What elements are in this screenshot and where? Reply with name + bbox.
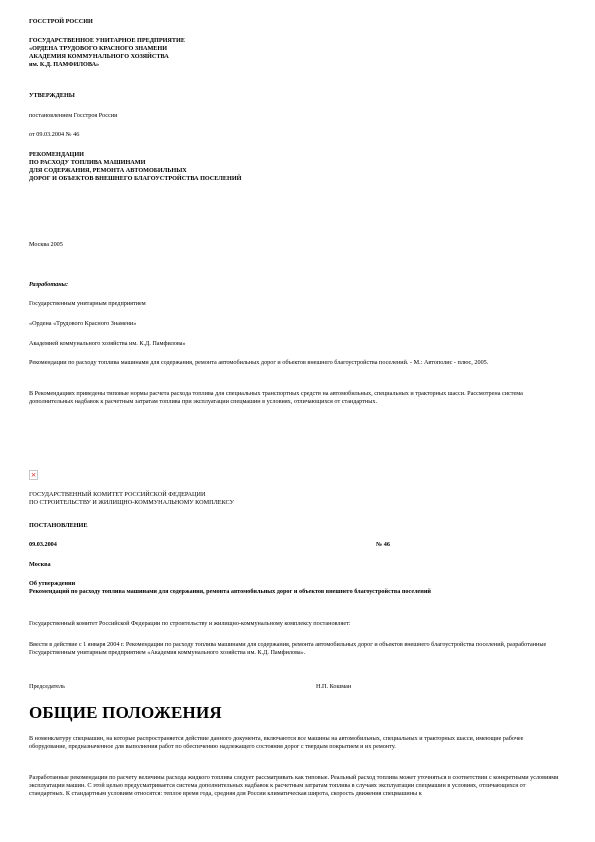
section-paragraph: В номенклатуру спецмашин, на которые рас… — [29, 735, 559, 751]
org-line: АКАДЕМИЯ КОММУНАЛЬНОГО ХОЗЯЙСТВА — [29, 53, 169, 61]
resolution-date: 09.03.2004 — [29, 541, 57, 549]
title-line: ДЛЯ СОДЕРЖАНИЯ, РЕМОНТА АВТОМОБИЛЬНЫХ — [29, 167, 187, 175]
committee-line: ГОСУДАРСТВЕННЫЙ КОМИТЕТ РОССИЙСКОЙ ФЕДЕР… — [29, 491, 205, 499]
approved-label: УТВЕРЖДЕНЫ — [29, 92, 75, 100]
org-line: «ОРДЕНА ТРУДОВОГО КРАСНОГО ЗНАМЕНИ — [29, 45, 167, 53]
citation: Рекомендации по расходу топлива машинами… — [29, 359, 559, 367]
broken-image-icon: × — [29, 470, 38, 480]
agency-name: ГОССТРОЙ РОССИИ — [29, 18, 93, 26]
resolution-city: Москва — [29, 561, 51, 569]
section-title: ОБЩИЕ ПОЛОЖЕНИЯ — [29, 703, 222, 723]
doc-type: ПОСТАНОВЛЕНИЕ — [29, 522, 87, 530]
preamble: Государственный комитет Российской Федер… — [29, 620, 559, 628]
org-line: ГОСУДАРСТВЕННОЕ УНИТАРНОЕ ПРЕДПРИЯТИЕ — [29, 37, 185, 45]
subject-text: Рекомендаций по расходу топлива машинами… — [29, 588, 559, 596]
place-year: Москва 2005 — [29, 241, 63, 249]
org-line: им. К.Д. ПАМФИЛОВА» — [29, 61, 99, 69]
title-line: РЕКОМЕНДАЦИИ — [29, 151, 84, 159]
signer-title: Председатель — [29, 683, 65, 691]
developers-line: Государственным унитарным предприятием — [29, 300, 146, 308]
section-paragraph: Разработанные рекомендации по расчету ве… — [29, 774, 559, 799]
signer-name: Н.П. Кошман — [316, 683, 351, 691]
title-line: ДОРОГ И ОБЪЕКТОВ ВНЕШНЕГО БЛАГОУСТРОЙСТВ… — [29, 175, 241, 183]
developers-line: Академией коммунального хозяйства им. К.… — [29, 340, 186, 348]
developers-line: «Ордена «Трудового Красного Знамени» — [29, 320, 136, 328]
resolution-body: Ввести в действие с 1 января 2004 г. Рек… — [29, 641, 559, 657]
subject-heading: Об утверждении — [29, 580, 75, 588]
resolution-number: № 46 — [376, 541, 390, 549]
approved-by: постановлением Госстроя России — [29, 112, 117, 120]
abstract: В Рекомендациях приведены типовые нормы … — [29, 390, 559, 406]
developers-label: Разработаны: — [29, 281, 68, 289]
committee-line: ПО СТРОИТЕЛЬСТВУ И ЖИЛИЩНО-КОММУНАЛЬНОМУ… — [29, 499, 234, 507]
title-line: ПО РАСХОДУ ТОПЛИВА МАШИНАМИ — [29, 159, 145, 167]
approved-date: от 09.03.2004 № 46 — [29, 131, 79, 139]
